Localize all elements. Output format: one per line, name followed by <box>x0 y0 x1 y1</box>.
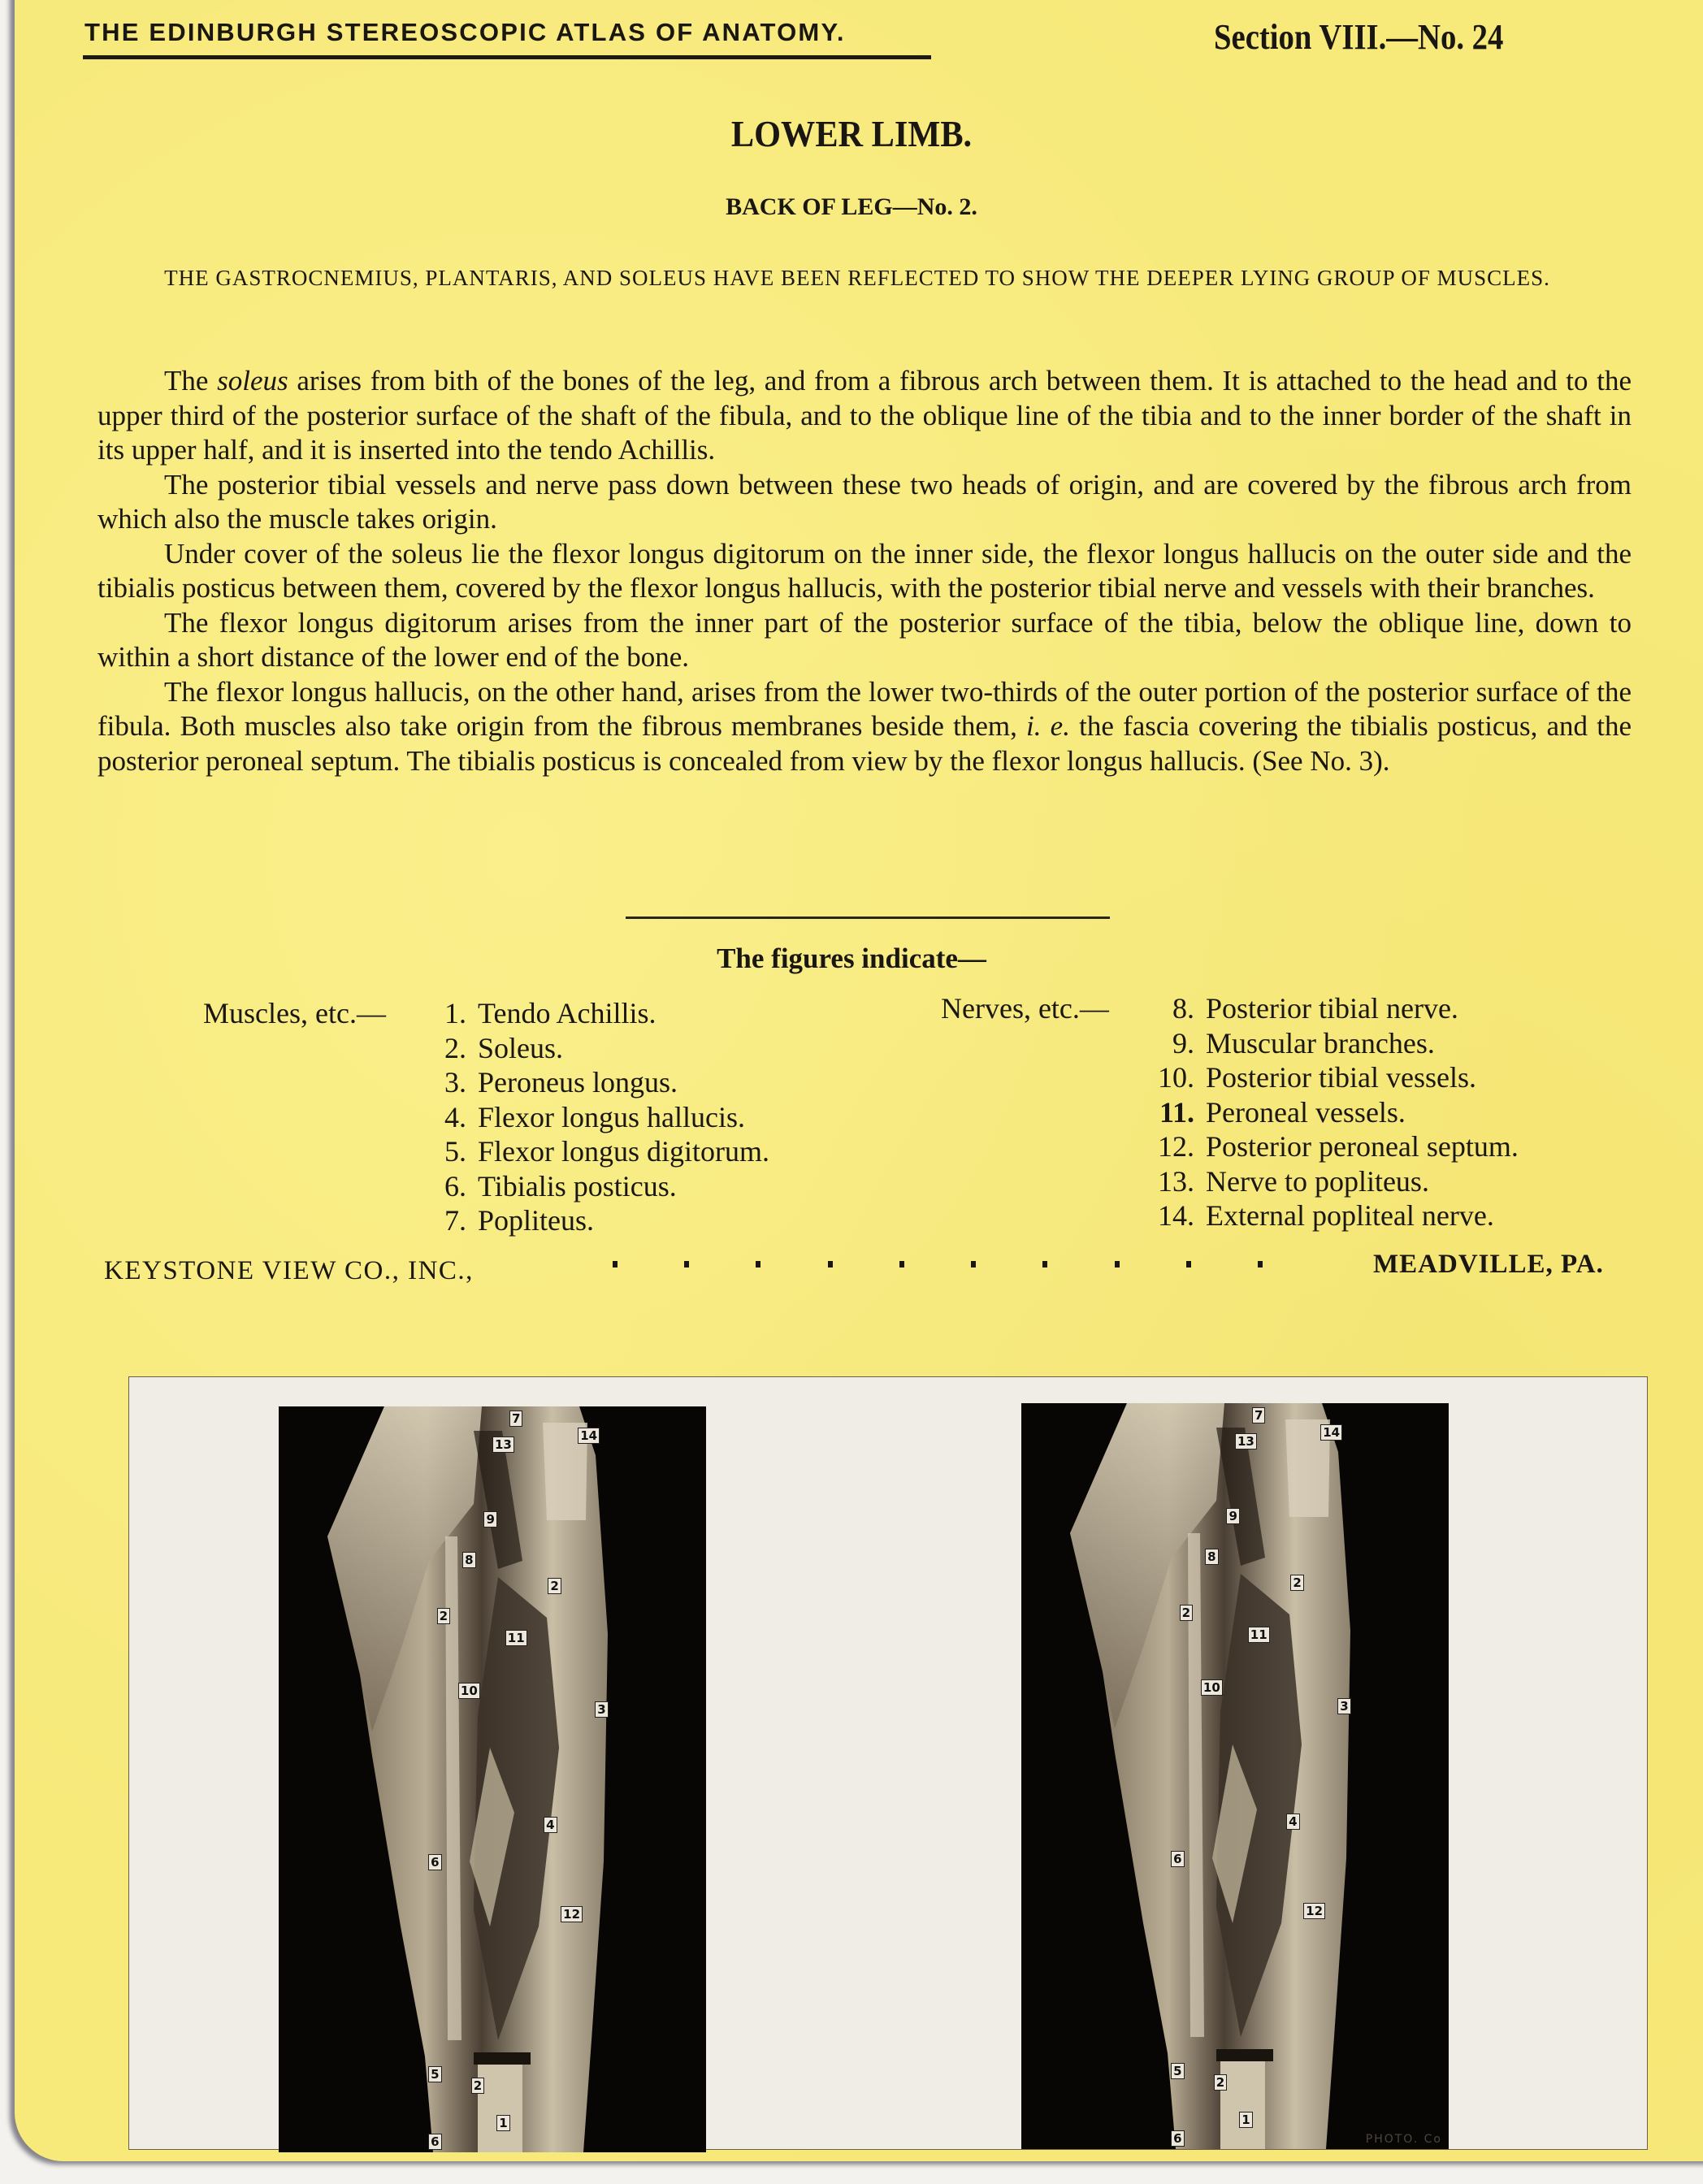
paragraph: The soleus arises from bith of the bones… <box>97 364 1631 468</box>
legend-text: Posterior tibial vessels. <box>1206 1060 1476 1095</box>
paragraph: The flexor longus hallucis, on the other… <box>97 675 1631 779</box>
legend-item: 12.Posterior peroneal septum. <box>1136 1129 1519 1164</box>
legend-text: Tibialis posticus. <box>478 1169 677 1204</box>
figure-label-tag: 13 <box>492 1436 514 1453</box>
legend-item: 6.Tibialis posticus. <box>416 1169 769 1204</box>
figures-heading: The figures indicate— <box>0 942 1703 975</box>
legend-number: 8. <box>1136 991 1194 1026</box>
paragraph: Under cover of the soleus lie the flexor… <box>97 537 1631 606</box>
legend-number: 4. <box>416 1100 466 1135</box>
legend-number: 11. <box>1136 1095 1194 1130</box>
figure-label-tag: 11 <box>1248 1627 1270 1643</box>
figure-label-tag: 10 <box>1201 1679 1223 1696</box>
legend-text: Posterior tibial nerve. <box>1206 991 1458 1026</box>
legend-item: 1.Tendo Achillis. <box>416 996 769 1031</box>
figure-label-tag: 11 <box>505 1630 527 1646</box>
legend-text: Flexor longus hallucis. <box>478 1100 745 1135</box>
figure-label-tag: 6 <box>428 2134 441 2150</box>
figure-label-tag: 6 <box>1171 2130 1184 2147</box>
legend-number: 2. <box>416 1031 466 1066</box>
sub-heading: BACK OF LEG—No. 2. <box>0 193 1703 221</box>
legend-item: 4.Flexor longus hallucis. <box>416 1100 769 1135</box>
legend-number: 1. <box>416 996 466 1031</box>
figure-label-tag: 12 <box>561 1906 583 1922</box>
legend-text: Peroneal vessels. <box>1206 1095 1406 1130</box>
legend-number: 9. <box>1136 1026 1194 1061</box>
plate-caption: The gastrocnemius, plantaris, and soleus… <box>122 262 1592 294</box>
legend-number: 12. <box>1136 1129 1194 1164</box>
photo-mount: 7131498221110346125216 PHOTO. Co 7131498… <box>128 1376 1648 2150</box>
legend-text: Nerve to popliteus. <box>1206 1164 1429 1199</box>
legend-item: 5.Flexor longus digitorum. <box>416 1134 769 1169</box>
section-number: Section VIII.—No. 24 <box>1214 16 1503 58</box>
publisher-location: MEADVILLE, PA. <box>1373 1250 1604 1280</box>
legend-number: 6. <box>416 1169 466 1204</box>
photo-watermark: PHOTO. Co <box>1366 2133 1442 2146</box>
figure-label-tag: 2 <box>1180 1605 1193 1621</box>
atlas-title: THE EDINBURGH STEREOSCOPIC ATLAS OF ANAT… <box>84 18 846 47</box>
legend-item: 2.Soleus. <box>416 1031 769 1066</box>
figure-label-tag: 3 <box>1337 1698 1350 1714</box>
legend-number: 10. <box>1136 1060 1194 1095</box>
figure-label-tag: 2 <box>1290 1575 1303 1591</box>
figure-label-tag: 2 <box>471 2078 484 2094</box>
legend-text: Tendo Achillis. <box>478 996 656 1031</box>
figure-label-tag: 5 <box>1171 2063 1184 2079</box>
legend-number: 14. <box>1136 1198 1194 1233</box>
figure-label-tag: 13 <box>1235 1433 1257 1449</box>
figure-label-tag: 6 <box>428 1854 441 1870</box>
legend-item: 10.Posterior tibial vessels. <box>1136 1060 1519 1095</box>
legend-item: 13.Nerve to popliteus. <box>1136 1164 1519 1199</box>
figure-label-tag: 14 <box>1320 1424 1342 1441</box>
legend-item: 3.Peroneus longus. <box>416 1065 769 1100</box>
legend-number: 7. <box>416 1203 466 1238</box>
figure-label-tag: 4 <box>544 1817 557 1833</box>
legend-text: Soleus. <box>478 1031 563 1066</box>
figure-label-tag: 4 <box>1286 1813 1299 1830</box>
legend-number: 3. <box>416 1065 466 1100</box>
paragraph: The posterior tibial vessels and nerve p… <box>97 468 1631 537</box>
section-divider <box>626 916 1110 919</box>
figure-label-tag: 3 <box>595 1701 608 1718</box>
figure-label-tag: 9 <box>1226 1508 1239 1524</box>
legend-item: 7.Popliteus. <box>416 1203 769 1238</box>
legend-text: External popliteal nerve. <box>1206 1198 1494 1233</box>
figure-label-tag: 1 <box>496 2115 509 2131</box>
figure-label-tag: 6 <box>1171 1851 1184 1867</box>
stereo-photo-left: 7131498221110346125216 <box>279 1406 706 2152</box>
figure-label-tag: 2 <box>548 1578 561 1594</box>
legend-text: Peroneus longus. <box>478 1065 678 1100</box>
legend-item: 14.External popliteal nerve. <box>1136 1198 1519 1233</box>
publisher-name: KEYSTONE VIEW CO., INC., <box>104 1256 474 1286</box>
figure-label-tag: 8 <box>1205 1549 1218 1565</box>
stereo-photo-right: PHOTO. Co 7131498221110346125216 <box>1021 1403 1449 2149</box>
legend-nerves-list: 8.Posterior tibial nerve.9.Muscular bran… <box>1136 991 1519 1233</box>
legend-number: 13. <box>1136 1164 1194 1199</box>
figure-label-tag: 1 <box>1239 2112 1252 2128</box>
legend-item: 8.Posterior tibial nerve. <box>1136 991 1519 1026</box>
figure-label-tag: 12 <box>1303 1903 1325 1919</box>
legend-text: Popliteus. <box>478 1203 594 1238</box>
figure-label-tag: 14 <box>578 1428 600 1444</box>
title-underline <box>83 55 931 59</box>
figure-label-tag: 2 <box>437 1608 450 1624</box>
figure-label-tag: 5 <box>428 2066 441 2082</box>
figure-label-tag: 9 <box>483 1511 496 1527</box>
legend-item: 9.Muscular branches. <box>1136 1026 1519 1061</box>
legend-muscles-list: 1.Tendo Achillis.2.Soleus.3.Peroneus lon… <box>416 996 769 1238</box>
main-heading: LOWER LIMB. <box>68 112 1635 155</box>
figure-label-tag: 10 <box>458 1683 480 1699</box>
figure-label-tag: 8 <box>462 1552 475 1568</box>
legend-muscles-label: Muscles, etc.— <box>203 996 386 1031</box>
figure-label-tag: 7 <box>1252 1407 1265 1423</box>
legend-text: Muscular branches. <box>1206 1026 1435 1061</box>
legend-text: Posterior peroneal septum. <box>1206 1129 1519 1164</box>
dot-leader <box>613 1261 1263 1267</box>
legend-text: Flexor longus digitorum. <box>478 1134 769 1169</box>
paragraph: The flexor longus digitorum arises from … <box>97 606 1631 675</box>
figure-label-tag: 2 <box>1214 2074 1227 2091</box>
description-text: The soleus arises from bith of the bones… <box>97 364 1631 778</box>
figure-label-tag: 7 <box>509 1410 522 1427</box>
legend-number: 5. <box>416 1134 466 1169</box>
legend-nerves-label: Nerves, etc.— <box>941 991 1109 1026</box>
legend-item: 11.Peroneal vessels. <box>1136 1095 1519 1130</box>
